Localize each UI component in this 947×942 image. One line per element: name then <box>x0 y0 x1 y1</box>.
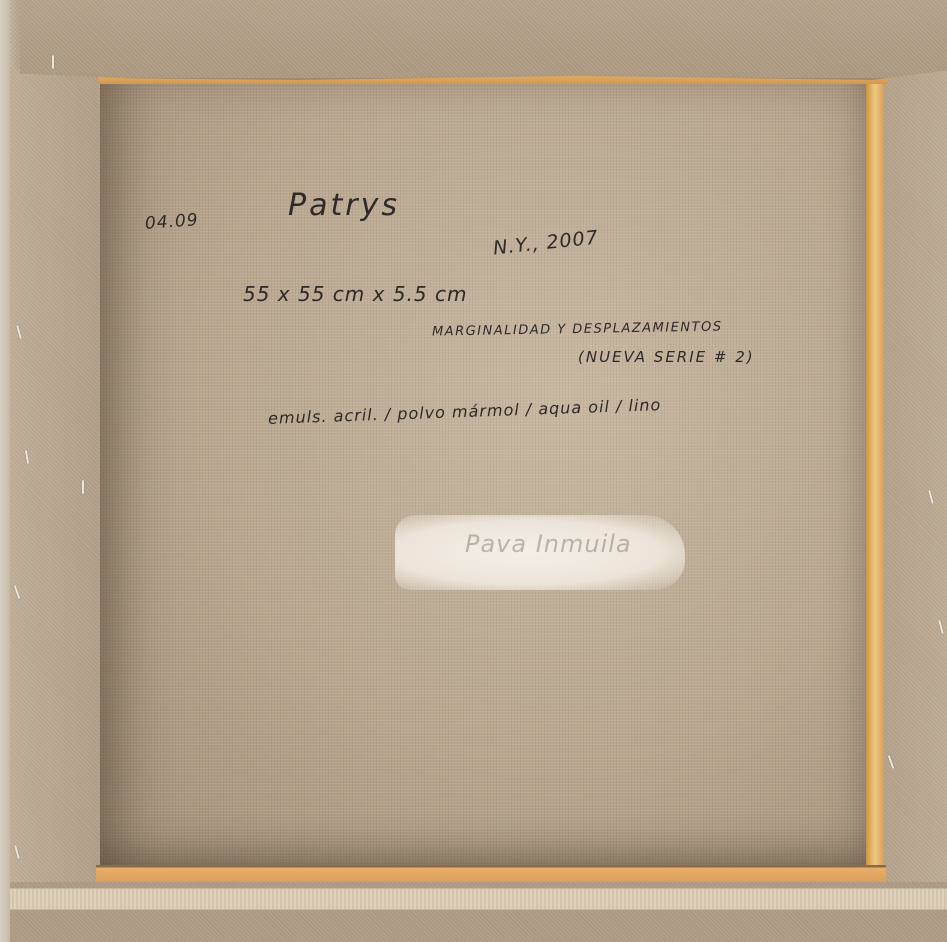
top-tacking-flap <box>20 0 947 80</box>
left-tacking-flap <box>10 70 102 885</box>
linen-selvage-stripe <box>10 888 947 910</box>
canvas-back <box>100 82 866 865</box>
dimensions: 55 x 55 cm x 5.5 cm <box>243 282 467 306</box>
date-code: 04.09 <box>144 210 199 234</box>
faint-label: Pava Inmuila <box>465 530 632 558</box>
staple <box>52 55 54 69</box>
stretcher-bar-right <box>866 82 884 882</box>
artist-signature: Patrys <box>288 188 400 223</box>
canvas-edge <box>0 0 10 942</box>
staple <box>82 480 84 494</box>
title-line-2: (NUEVA SERIE # 2) <box>578 348 755 366</box>
